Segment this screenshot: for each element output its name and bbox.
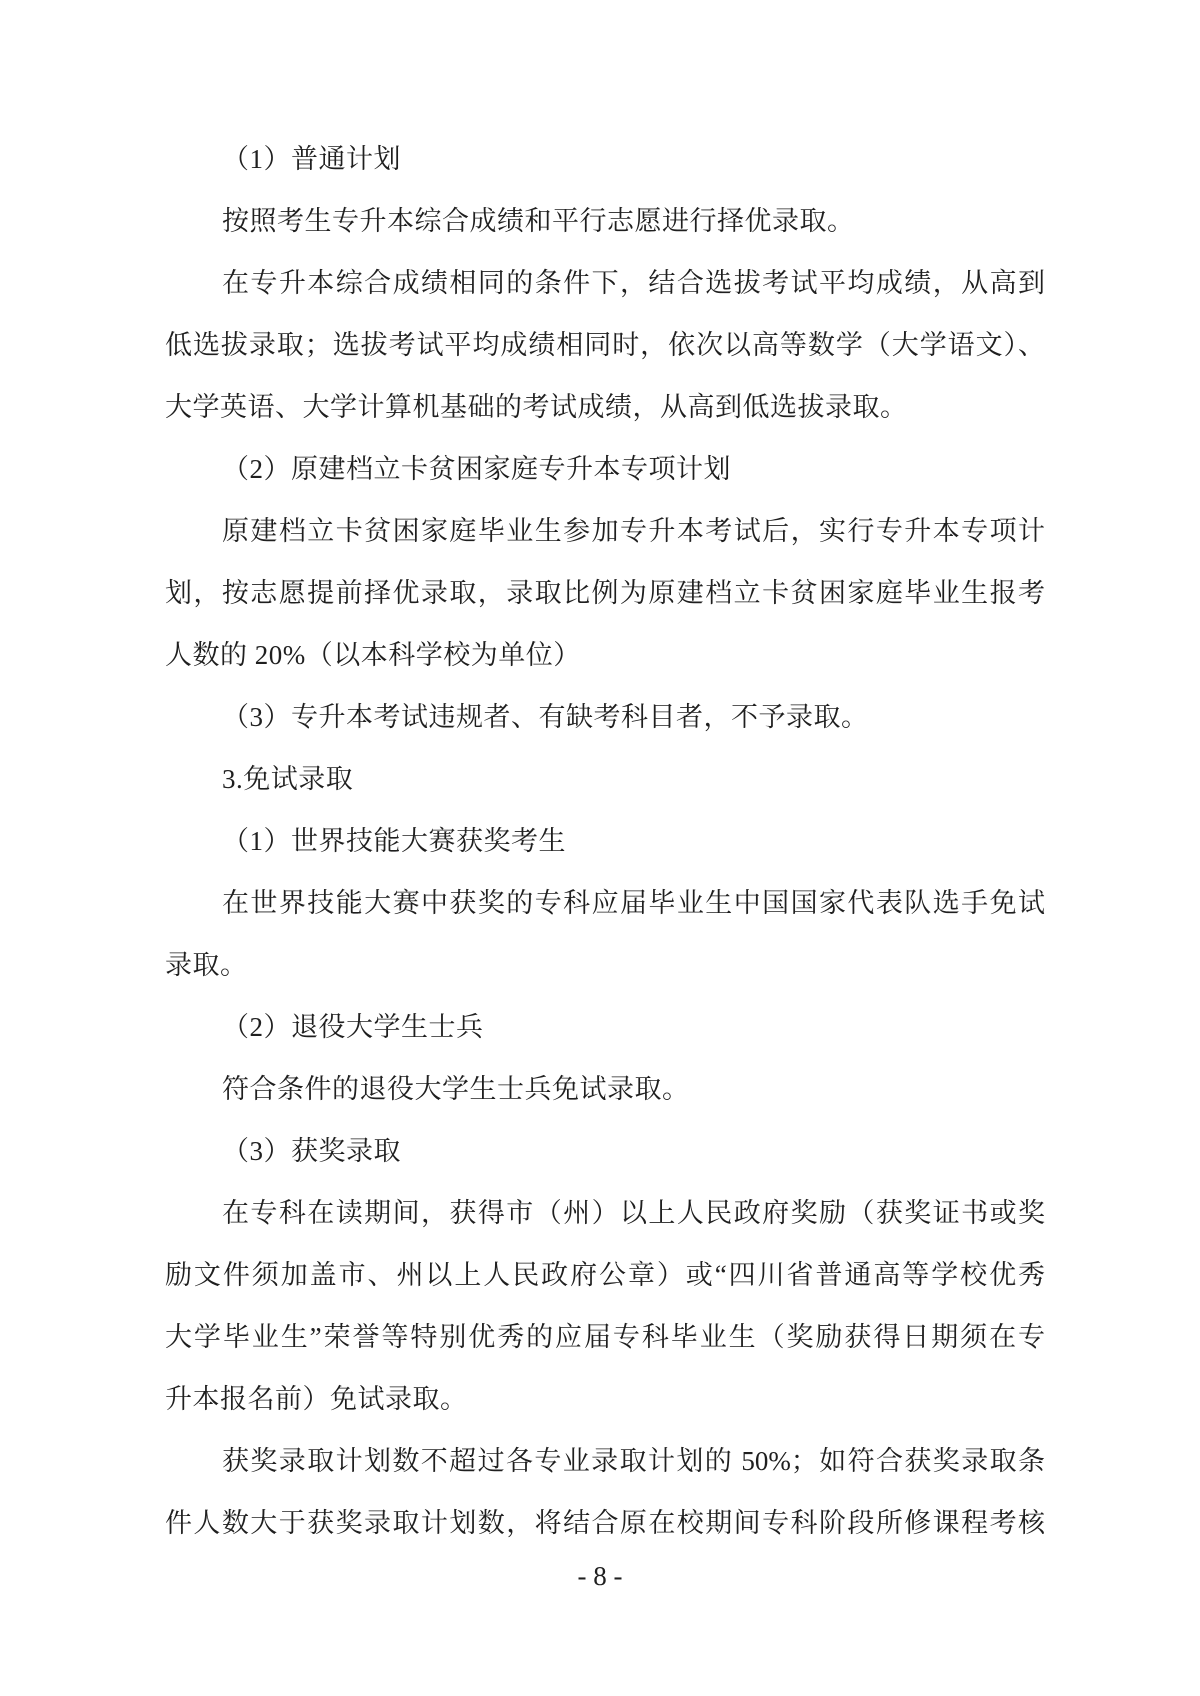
text-line: 大学英语、大学计算机基础的考试成绩，从高到低选拔录取。: [165, 376, 1045, 438]
document-page: （1）普通计划按照考生专升本综合成绩和平行志愿进行择优录取。在专升本综合成绩相同…: [0, 0, 1200, 1696]
text-line: 划，按志愿提前择优录取，录取比例为原建档立卡贫困家庭毕业生报考: [165, 562, 1045, 624]
text-line: 升本报名前）免试录取。: [165, 1368, 1045, 1430]
text-line: 人数的 20%（以本科学校为单位）: [165, 624, 1045, 686]
text-line: （3）获奖录取: [165, 1120, 1045, 1182]
text-line: 在专科在读期间，获得市（州）以上人民政府奖励（获奖证书或奖: [165, 1182, 1045, 1244]
text-line: （3）专升本考试违规者、有缺考科目者，不予录取。: [165, 686, 1045, 748]
text-line: 励文件须加盖市、州以上人民政府公章）或“四川省普通高等学校优秀: [165, 1244, 1045, 1306]
text-line: 3.免试录取: [165, 748, 1045, 810]
page-number: - 8 -: [0, 1545, 1200, 1607]
text-line: 在世界技能大赛中获奖的专科应届毕业生中国国家代表队选手免试: [165, 872, 1045, 934]
text-line: 大学毕业生”荣誉等特别优秀的应届专科毕业生（奖励获得日期须在专: [165, 1306, 1045, 1368]
text-line: 按照考生专升本综合成绩和平行志愿进行择优录取。: [165, 190, 1045, 252]
text-line: （1）普通计划: [165, 128, 1045, 190]
text-line: 低选拔录取；选拔考试平均成绩相同时，依次以高等数学（大学语文）、: [165, 314, 1045, 376]
text-line: （2）原建档立卡贫困家庭专升本专项计划: [165, 438, 1045, 500]
text-line: 符合条件的退役大学生士兵免试录取。: [165, 1058, 1045, 1120]
text-line: 录取。: [165, 934, 1045, 996]
text-line: 原建档立卡贫困家庭毕业生参加专升本考试后，实行专升本专项计: [165, 500, 1045, 562]
text-line: 获奖录取计划数不超过各专业录取计划的 50%；如符合获奖录取条: [165, 1430, 1045, 1492]
document-body: （1）普通计划按照考生专升本综合成绩和平行志愿进行择优录取。在专升本综合成绩相同…: [165, 128, 1045, 1554]
text-line: 在专升本综合成绩相同的条件下，结合选拔考试平均成绩，从高到: [165, 252, 1045, 314]
text-line: （2）退役大学生士兵: [165, 996, 1045, 1058]
text-line: （1）世界技能大赛获奖考生: [165, 810, 1045, 872]
